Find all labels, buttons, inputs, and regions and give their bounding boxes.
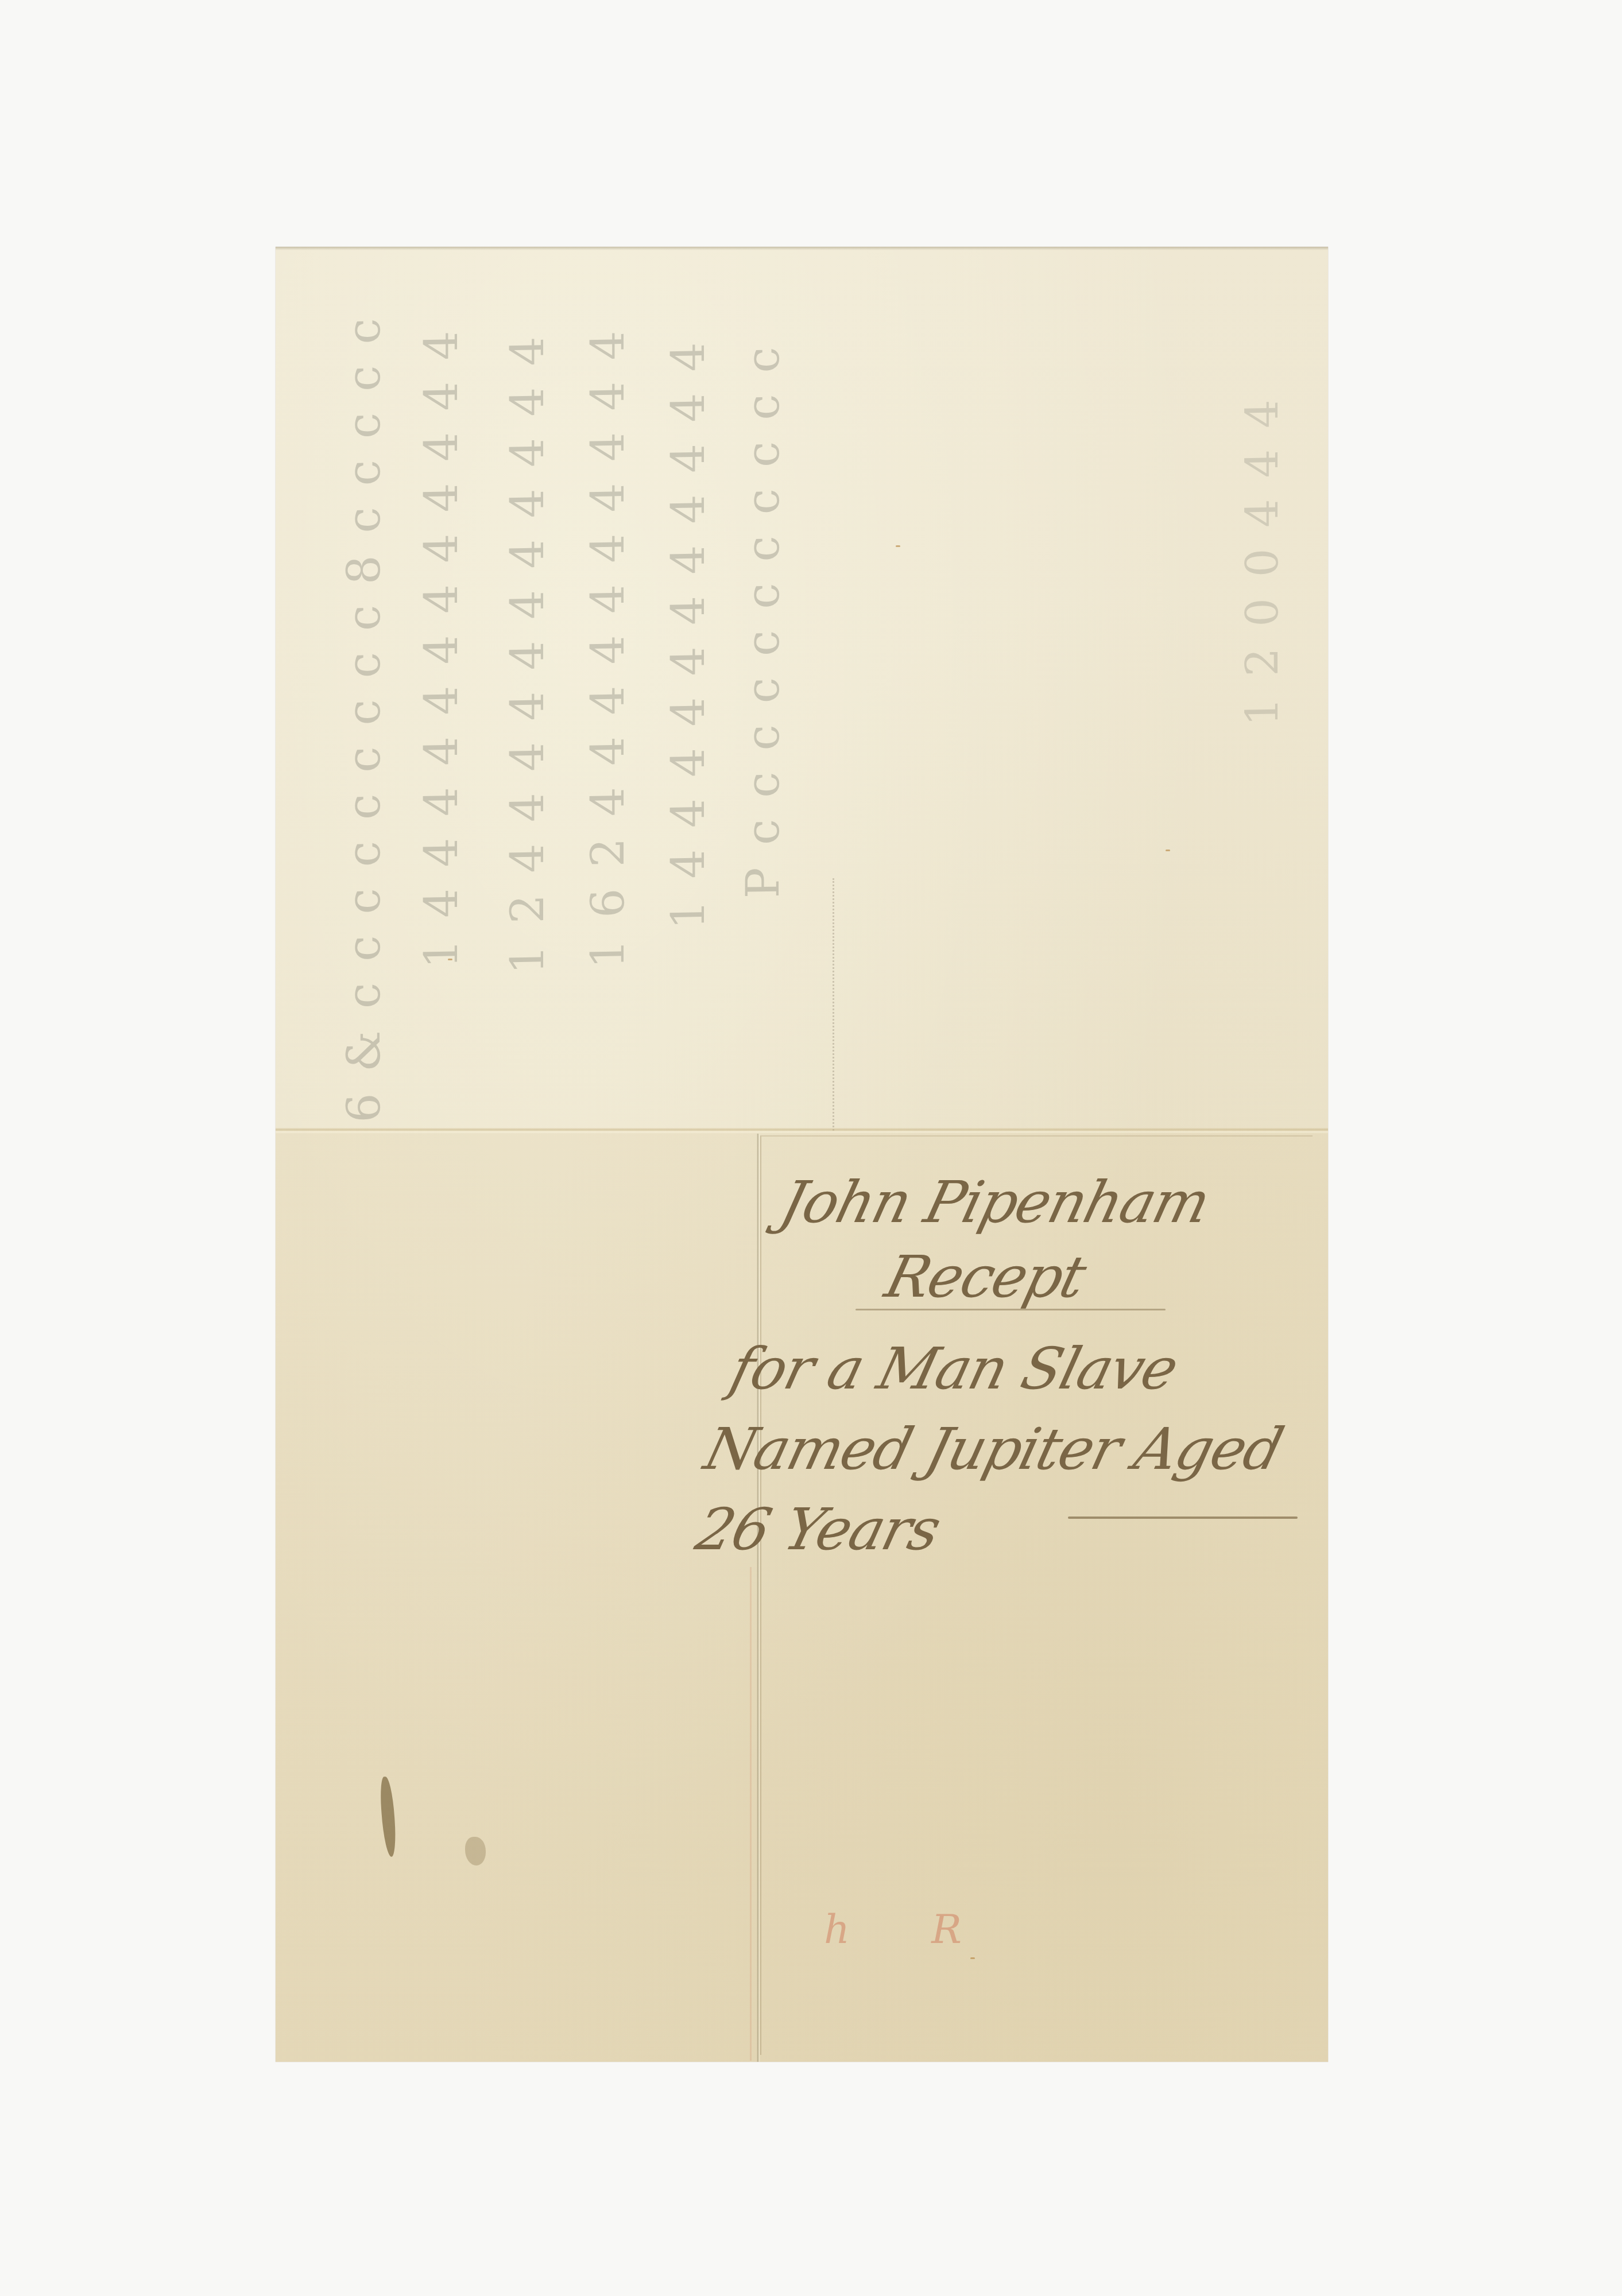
ink-stain — [465, 1837, 486, 1865]
docket-line-name: John Pipenham — [775, 1174, 1215, 1231]
bleed-through-column: 6 & c c c c c c c c c 8 c c c c c — [330, 308, 398, 1129]
dotted-fold-mark — [833, 878, 834, 1131]
bleed-through-column: 1 4 4 4 4 4 4 4 4 4 4 4 — [655, 331, 722, 936]
bleed-through-column: P c c c c c c c c c c c — [729, 337, 797, 905]
docket-line-subject: for a Man Slave — [725, 1340, 1183, 1398]
manuscript-page: 6 & c c c c c c c c c 8 c c c c c 1 4 4 … — [276, 247, 1328, 2062]
red-pencil-marks: h R — [824, 1906, 996, 1953]
horizontal-fold — [276, 1128, 1328, 1134]
docket-line-recept: Recept — [880, 1248, 1091, 1306]
bleed-through-column: 1 2 0 0 4 4 4 — [1229, 389, 1296, 732]
paper-fleck — [1166, 850, 1170, 851]
bleed-through-column: 1 4 4 4 4 4 4 4 4 4 4 4 4 — [408, 320, 475, 975]
docket-line-named: Named Jupiter Aged — [699, 1421, 1288, 1478]
docket-line-age: 26 Years — [691, 1501, 945, 1558]
bleed-through-column: 1 2 4 4 4 4 4 4 4 4 4 4 4 — [494, 325, 562, 981]
paper-top-edge — [276, 247, 1328, 250]
bleed-through-column: 1 6 2 4 4 4 4 4 4 4 4 4 4 — [574, 320, 642, 975]
paper-fleck — [970, 1957, 975, 1959]
fold-red-tint — [750, 1567, 752, 2061]
paper-fleck — [448, 959, 452, 960]
closing-flourish-rule — [1068, 1517, 1298, 1519]
underline-rule — [855, 1309, 1166, 1310]
paper-fleck — [896, 545, 900, 547]
